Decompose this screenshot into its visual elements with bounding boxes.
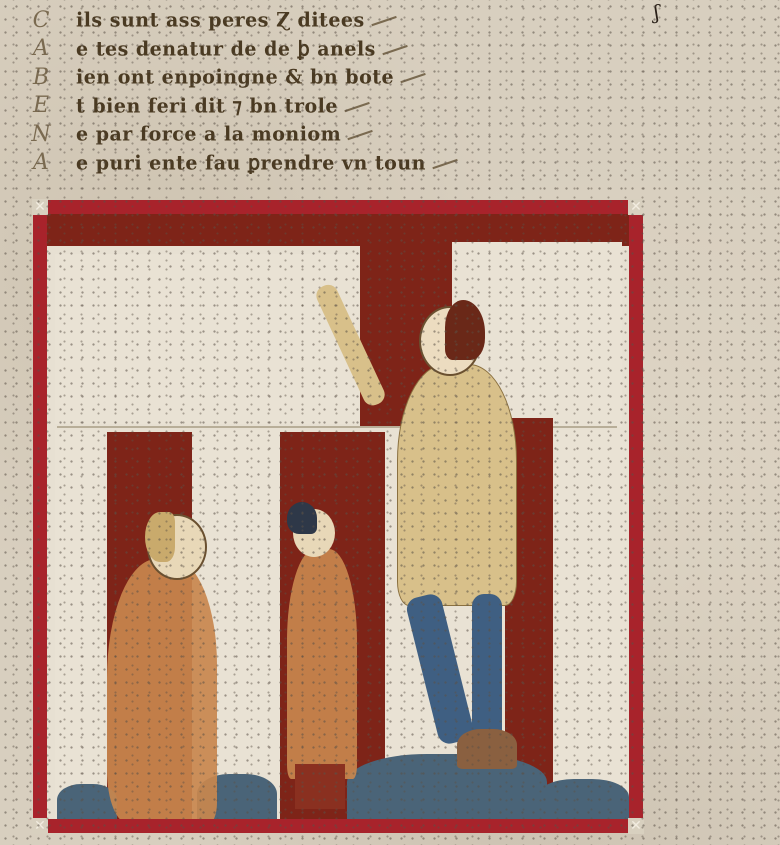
verse-line: A e tes denatur de de ꝧ anels <box>28 35 468 64</box>
frame-corner-ornament: ✕ <box>32 199 48 215</box>
verse-initial: N <box>28 122 54 147</box>
verse-text: ils sunt ass peres Ɀ ditees <box>76 9 397 32</box>
attendant-hair <box>287 502 317 534</box>
frame-corner-ornament: ✕ <box>32 818 48 834</box>
verse-line: B ien ont enpoingne & bn bote <box>28 63 468 92</box>
illumination-frame: ✕ ✕ ✕ ✕ <box>33 200 643 833</box>
verse-initial: B <box>28 65 54 90</box>
right-light-stone <box>553 430 629 819</box>
upper-lintel-left <box>55 254 360 424</box>
verse-text: e puri ente fau ꝑrendre vn toun <box>76 151 458 174</box>
verse-initial: E <box>28 93 54 118</box>
giant-tunic <box>397 364 517 606</box>
left-light-stone <box>55 430 107 819</box>
kneeling-man-hair <box>145 512 175 562</box>
verse-text: t bien feri dit ⁊ bn trole <box>76 94 370 117</box>
verse-line: N e par force a la moniom <box>28 120 468 149</box>
attendant-legs <box>295 764 345 809</box>
verse-text: e tes denatur de de ꝧ anels <box>76 37 408 60</box>
verse-line: A e puri ente fau ꝑrendre vn toun <box>28 149 468 178</box>
illumination-scene <box>47 214 629 819</box>
verse-text-block: C ils sunt ass peres Ɀ ditees A e tes de… <box>28 6 468 177</box>
verse-initial: C <box>28 8 54 33</box>
frame-corner-ornament: ✕ <box>628 818 644 834</box>
folio-mark: ʃ <box>654 0 659 24</box>
verse-initial: A <box>28 150 54 175</box>
kneeling-man-robe <box>107 559 217 819</box>
attendant-robe <box>287 549 357 779</box>
ground-mound <box>347 754 547 819</box>
frame-corner-ornament: ✕ <box>628 199 644 215</box>
ground-mound <box>537 779 629 819</box>
giant-right-leg <box>472 594 502 744</box>
giant-boot <box>457 729 517 769</box>
verse-text: ien ont enpoingne & bn bote <box>76 66 426 89</box>
verse-line: C ils sunt ass peres Ɀ ditees <box>28 6 468 35</box>
verse-line: E t bien feri dit ⁊ bn trole <box>28 92 468 121</box>
verse-text: e par force a la moniom <box>76 123 373 146</box>
verse-initial: A <box>28 36 54 61</box>
